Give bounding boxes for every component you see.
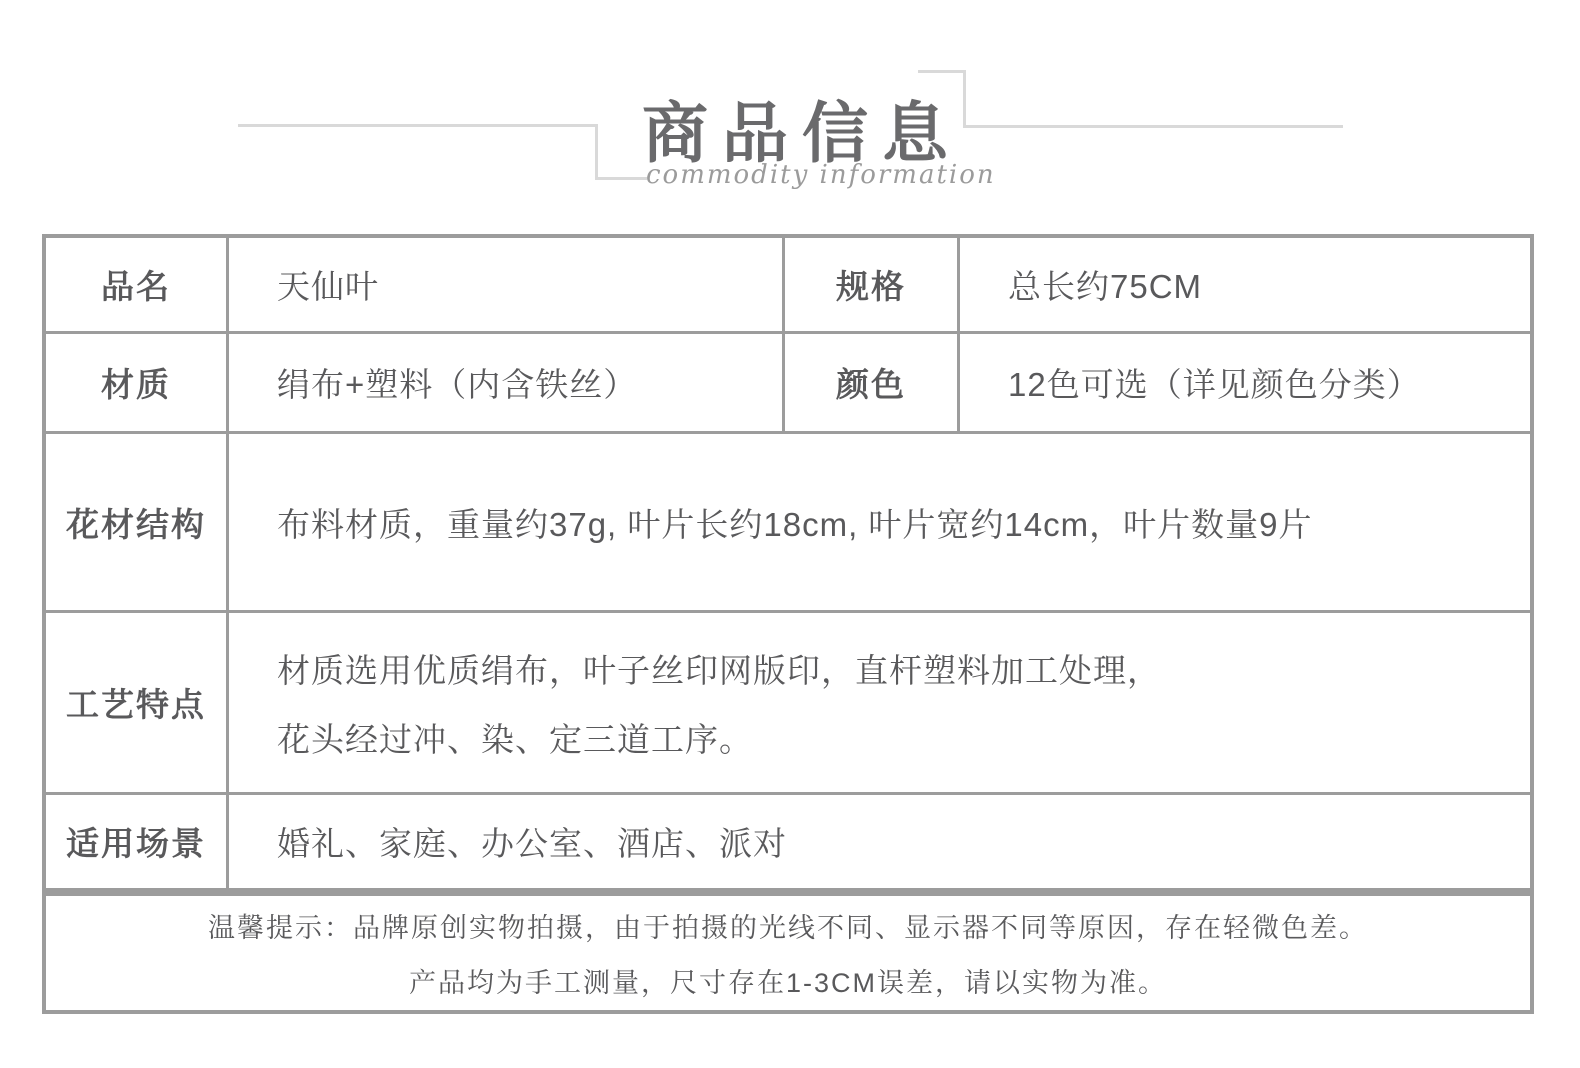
title-decoration-left-foot (595, 177, 647, 180)
structure-text: 布料材质，重量约37g, 叶片长约18cm, 叶片宽约14cm，叶片数量9片 (277, 499, 1312, 546)
craft-text-line-2: 花头经过冲、染、定三道工序。 (277, 714, 1161, 761)
spec-label-product-name: 品名 (46, 238, 226, 331)
spec-value-product-name: 天仙叶 (229, 238, 782, 331)
spec-label-structure: 花材结构 (46, 434, 226, 610)
title-decoration-right-top (918, 70, 966, 73)
notice-line-1: 温馨提示：品牌原创实物拍摄，由于拍摄的光线不同、显示器不同等原因，存在轻微色差。 (208, 906, 1368, 945)
spec-value-specification: 总长约75CM (960, 238, 1530, 331)
spec-label-scenes: 适用场景 (46, 795, 226, 888)
warm-notice-box: 温馨提示：品牌原创实物拍摄，由于拍摄的光线不同、显示器不同等原因，存在轻微色差。… (42, 892, 1534, 1014)
spec-label-material: 材质 (46, 334, 226, 431)
craft-text-lines: 材质选用优质绢布，叶子丝印网版印，直杆塑料加工处理， 花头经过冲、染、定三道工序… (277, 645, 1161, 761)
product-spec-table: 品名 天仙叶 规格 总长约75CM 材质 绢布+塑料（内含铁丝） 颜色 12色可… (42, 234, 1534, 892)
product-info-page: 商品信息 commodity information 品名 天仙叶 规格 总长约… (0, 0, 1580, 1068)
spec-value-material: 绢布+塑料（内含铁丝） (229, 334, 782, 431)
notice-line-2: 产品均为手工测量，尺寸存在1-3CM误差，请以实物为准。 (409, 961, 1167, 1000)
scenes-text: 婚礼、家庭、办公室、酒店、派对 (277, 818, 787, 865)
craft-text-line-1: 材质选用优质绢布，叶子丝印网版印，直杆塑料加工处理， (277, 645, 1161, 692)
spec-value-color: 12色可选（详见颜色分类） (960, 334, 1530, 431)
spec-label-color: 颜色 (785, 334, 957, 431)
spec-label-specification: 规格 (785, 238, 957, 331)
title-decoration-right-horizontal (963, 125, 1343, 128)
title-decoration-left-vertical (595, 124, 598, 180)
spec-label-craft: 工艺特点 (46, 613, 226, 792)
page-subtitle: commodity information (646, 160, 946, 190)
spec-value-scenes: 婚礼、家庭、办公室、酒店、派对 (229, 795, 1530, 888)
title-decoration-left-horizontal (238, 124, 598, 127)
spec-value-craft: 材质选用优质绢布，叶子丝印网版印，直杆塑料加工处理， 花头经过冲、染、定三道工序… (229, 613, 1530, 792)
spec-value-structure: 布料材质，重量约37g, 叶片长约18cm, 叶片宽约14cm，叶片数量9片 (229, 434, 1530, 610)
